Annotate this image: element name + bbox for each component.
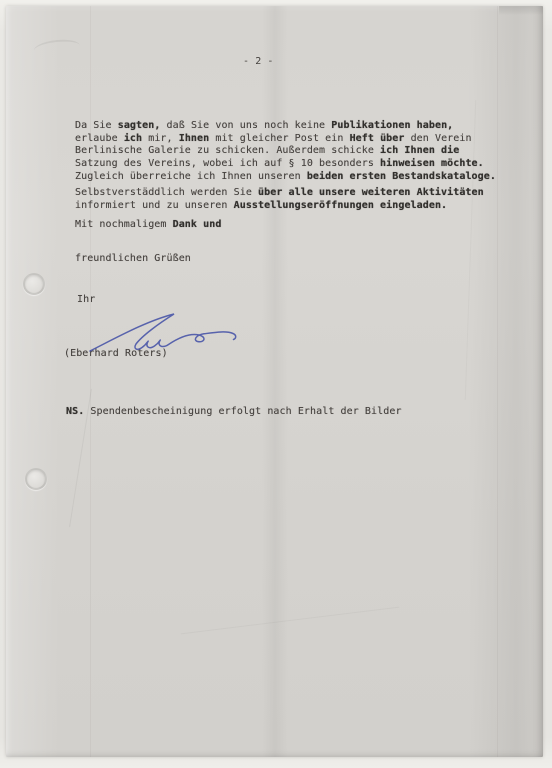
text-segment: mit gleicher Post ein xyxy=(209,133,349,144)
text-segment: sagten, xyxy=(118,120,161,131)
text-segment: Berlinische Galerie zu schicken. Außerde… xyxy=(75,145,380,156)
text-segment: Zugleich überreiche ich Ihnen unseren xyxy=(75,171,307,182)
letter-line: Ihr xyxy=(77,294,95,307)
letter-line: Berlinische Galerie zu schicken. Außerde… xyxy=(75,145,496,158)
text-segment: Selbstverstäddlich werden Sie xyxy=(75,187,258,198)
text-segment: Publikationen haben, xyxy=(331,120,453,131)
signature-stroke xyxy=(90,314,236,351)
text-segment: Spendenbescheinigung erfolgt nach Erhalt… xyxy=(84,406,401,417)
text-segment: Heft über xyxy=(350,133,405,144)
punch-hole-icon xyxy=(25,468,47,490)
text-segment: ich Ihnen die xyxy=(380,145,459,156)
paper-corner-shadow xyxy=(499,6,543,15)
scan-background: - 2 - Da Sie sagten, daß Sie von uns noc… xyxy=(0,0,552,768)
letter-line: Mit nochmaligem Dank und xyxy=(75,219,221,232)
scan-streak xyxy=(262,6,288,757)
text-segment: Mit nochmaligem xyxy=(75,219,173,230)
text-segment: Da Sie xyxy=(75,120,118,131)
letter-line: erlaube ich mir, Ihnen mit gleicher Post… xyxy=(75,133,496,146)
scan-streak xyxy=(90,6,91,757)
text-segment: Ihr xyxy=(77,294,95,305)
text-segment: hinweisen möchte. xyxy=(380,158,484,169)
text-segment: über alle unsere weiteren Aktivitäten xyxy=(258,187,484,198)
letter-line: freundlichen Grüßen xyxy=(75,253,191,266)
text-segment: ich xyxy=(124,133,142,144)
text-segment: informiert und zu unseren xyxy=(75,200,234,211)
closing-greeting: freundlichen Grüßen xyxy=(75,253,191,266)
letter-line: Zugleich überreiche ich Ihnen unseren be… xyxy=(75,171,496,184)
text-segment: Satzung des Vereins, wobei ich auf § 10 … xyxy=(75,158,380,169)
text-segment: daß Sie von uns noch keine xyxy=(160,120,331,131)
letter-line: informiert und zu unseren Ausstellungser… xyxy=(75,200,484,213)
body-paragraph: Selbstverstäddlich werden Sie über alle … xyxy=(75,187,484,212)
text-segment: beiden ersten Bestandskataloge. xyxy=(307,171,496,182)
letter-line: Satzung des Vereins, wobei ich auf § 10 … xyxy=(75,158,496,171)
text-segment: mir, xyxy=(142,133,179,144)
scan-streak xyxy=(497,6,498,757)
text-segment: NS. xyxy=(66,406,84,417)
signature-icon xyxy=(86,308,244,356)
body-paragraph: Da Sie sagten, daß Sie von uns noch kein… xyxy=(75,120,496,184)
punch-hole-icon xyxy=(23,273,45,295)
text-segment: erlaube xyxy=(75,133,124,144)
text-segment: den Verein xyxy=(404,133,471,144)
text-segment: Ausstellungseröffnungen eingeladen. xyxy=(234,200,448,211)
letter-line: Selbstverstäddlich werden Sie über alle … xyxy=(75,187,484,200)
letter-line: NS. Spendenbescheinigung erfolgt nach Er… xyxy=(66,406,402,419)
text-segment: freundlichen Grüßen xyxy=(75,253,191,264)
text-segment: Ihnen xyxy=(179,133,210,144)
text-segment: Dank und xyxy=(173,219,222,230)
letter-line: Da Sie sagten, daß Sie von uns noch kein… xyxy=(75,120,496,133)
closing-pronoun: Ihr xyxy=(77,294,95,307)
handwritten-signature xyxy=(86,308,244,356)
postscript-line: NS. Spendenbescheinigung erfolgt nach Er… xyxy=(66,406,402,419)
closing-thanks: Mit nochmaligem Dank und xyxy=(75,219,221,232)
page-number: - 2 - xyxy=(243,56,274,69)
